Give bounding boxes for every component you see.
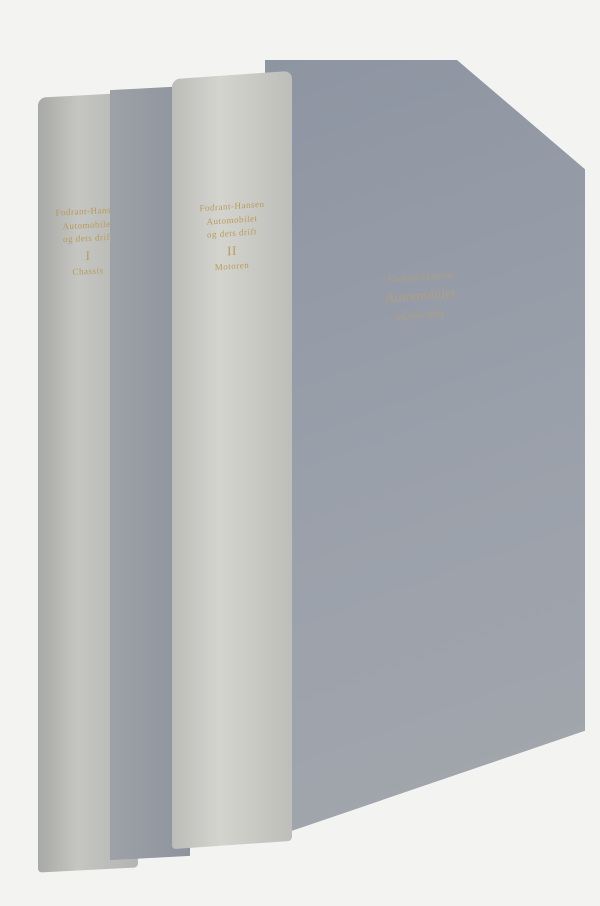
book-2-cover (265, 60, 585, 840)
book-2-spine-text: Fodrant-Hansen Automobilet og dets drift… (172, 196, 292, 278)
book-2-spine: Fodrant-Hansen Automobilet og dets drift… (172, 71, 292, 849)
